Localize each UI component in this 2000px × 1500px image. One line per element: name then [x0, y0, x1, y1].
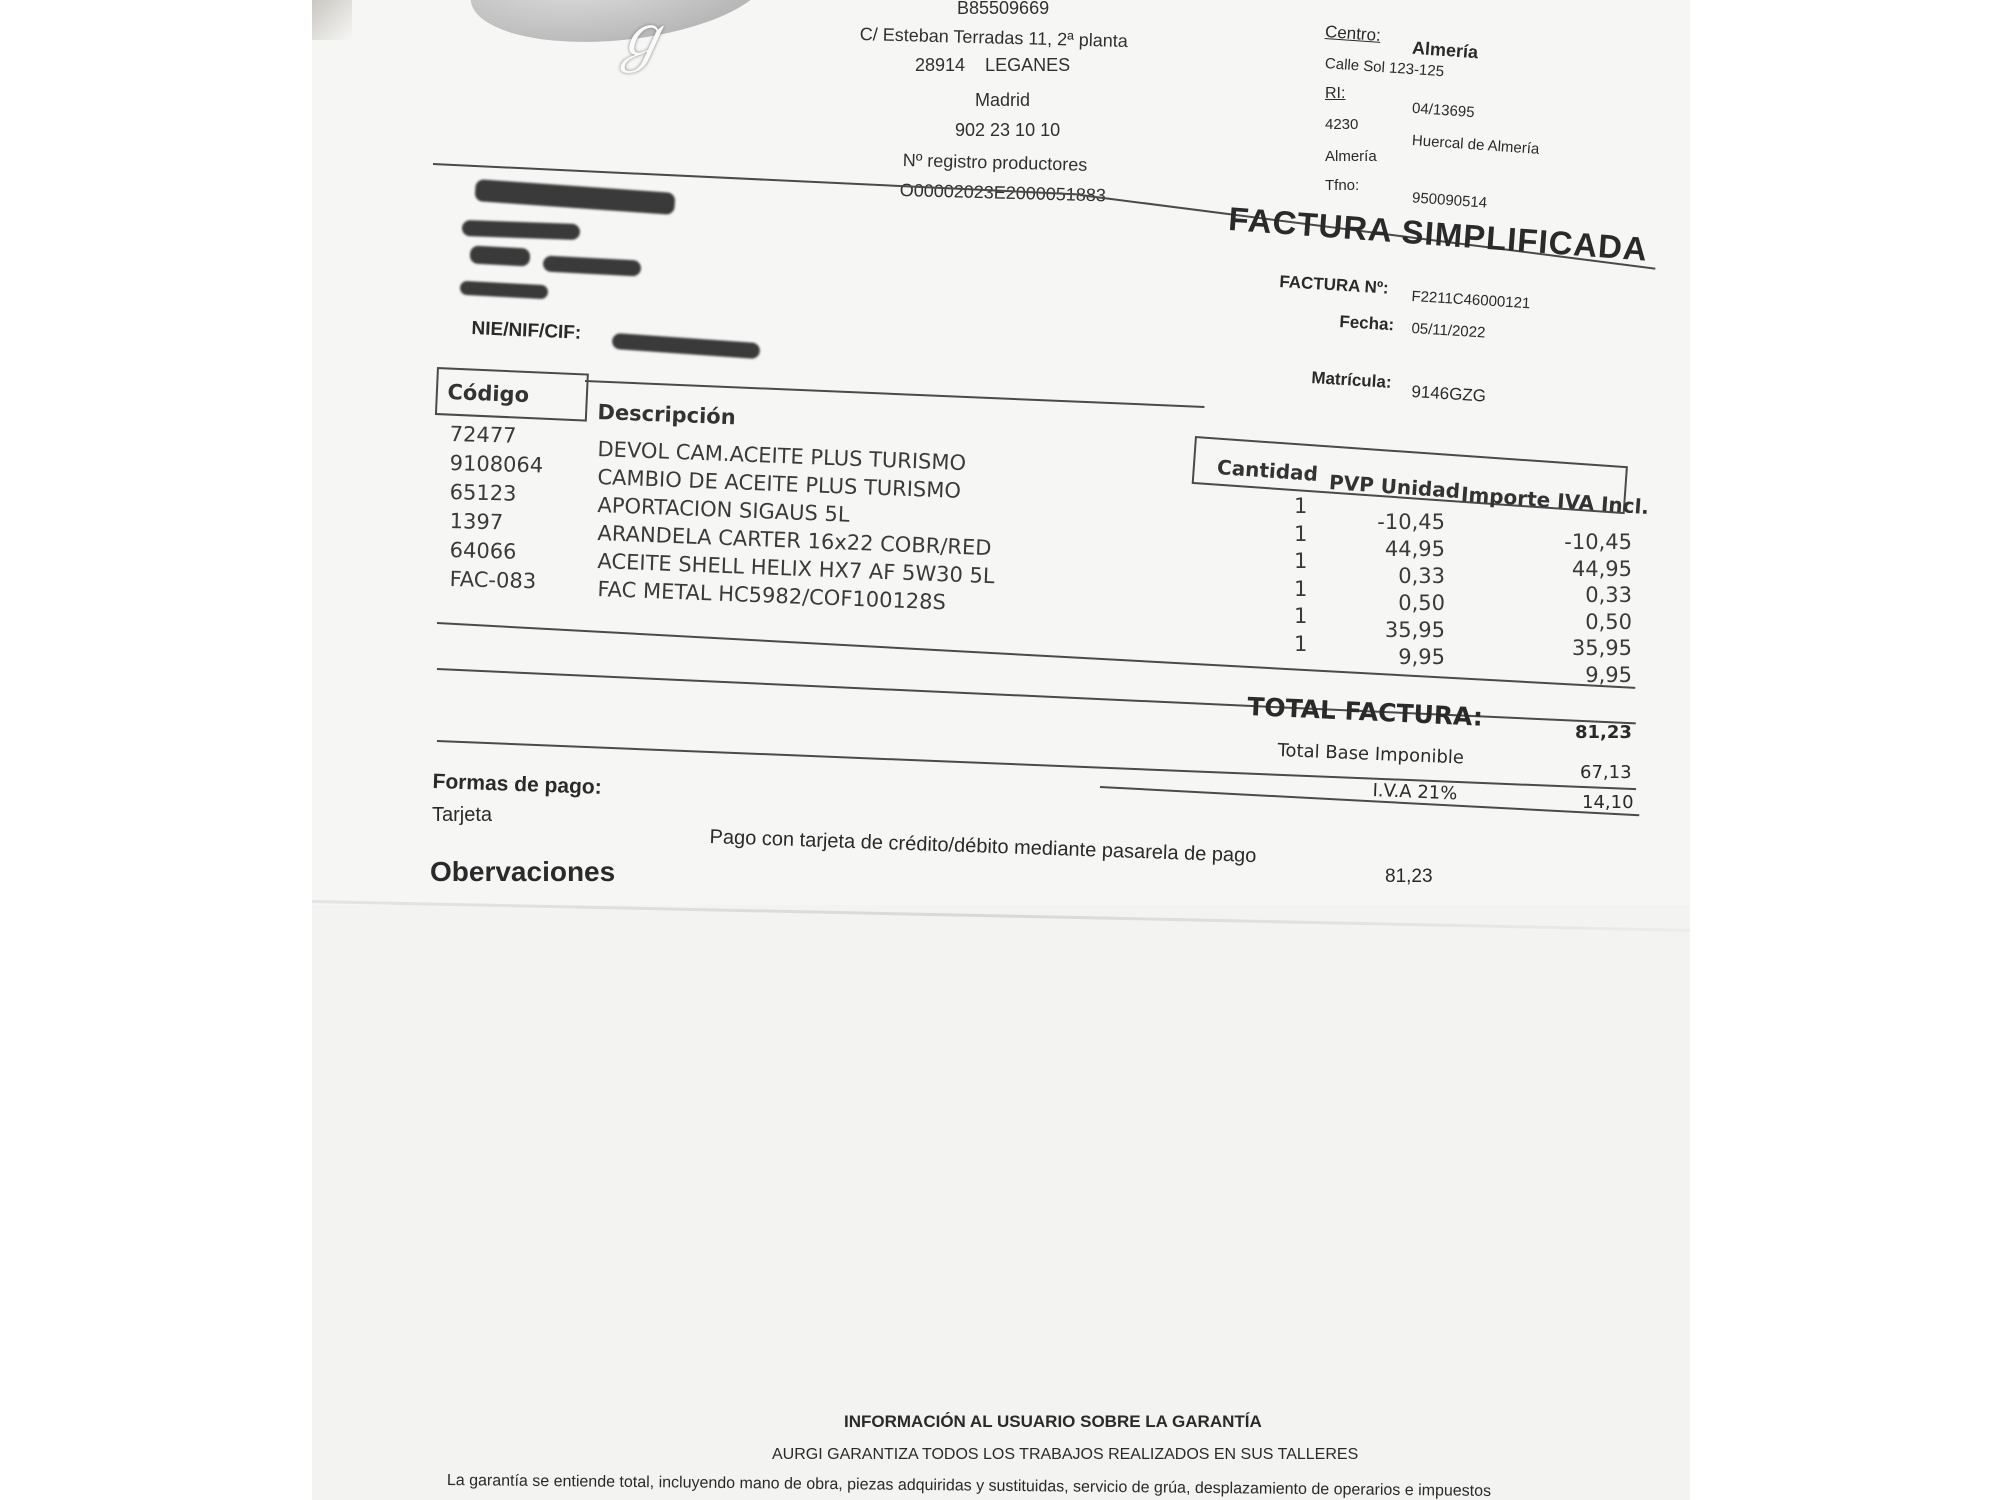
company-postal-city: 28914 LEGANES — [915, 55, 1070, 76]
centro-phone-label: Tfno: — [1325, 177, 1359, 194]
payment-method: Tarjeta — [432, 804, 492, 827]
item-amount: 44,95 — [1520, 557, 1632, 581]
item-amount: 0,50 — [1520, 610, 1632, 634]
centro-label: Centro: — [1324, 22, 1381, 46]
item-code: 9108064 — [449, 451, 543, 477]
invoice-date-label: Fecha: — [1339, 312, 1395, 335]
item-code: 1397 — [449, 509, 503, 534]
item-amount: 0,33 — [1520, 583, 1632, 607]
item-quantity: 1 — [1294, 632, 1307, 656]
item-code: 65123 — [449, 480, 516, 506]
item-unit-price: -10,45 — [1350, 510, 1445, 534]
ri-label: RI: — [1325, 85, 1345, 103]
company-cif: B85509669 — [957, 0, 1049, 19]
centro-name: Almería — [1411, 38, 1478, 64]
item-unit-price: 0,33 — [1350, 564, 1445, 588]
item-unit-price: 0,50 — [1350, 591, 1445, 615]
item-code: FAC-083 — [449, 567, 536, 593]
item-amount: -10,45 — [1520, 530, 1632, 554]
centro-province: Almería — [1325, 148, 1377, 165]
item-quantity: 1 — [1294, 577, 1307, 601]
item-code: 72477 — [449, 422, 516, 448]
item-unit-price: 35,95 — [1350, 618, 1445, 642]
company-province: Madrid — [975, 90, 1030, 111]
item-quantity: 1 — [1294, 494, 1307, 518]
logo-corner-decoration — [312, 0, 352, 40]
centro-postal-code: 4230 — [1325, 116, 1358, 133]
base-value: 67,13 — [1580, 762, 1632, 783]
warranty-title: INFORMACIÓN AL USUARIO SOBRE LA GARANTÍA — [844, 1412, 1262, 1432]
payment-amount: 81,23 — [1385, 866, 1433, 888]
company-phone: 902 23 10 10 — [955, 120, 1060, 141]
total-value: 81,23 — [1575, 722, 1632, 743]
invoice-paper-lower — [312, 905, 1690, 1500]
iva-value: 14,10 — [1582, 792, 1634, 813]
warranty-subtitle: AURGI GARANTIZA TODOS LOS TRABAJOS REALI… — [772, 1446, 1358, 1464]
logo-script-mark: ℊ — [610, 0, 670, 76]
item-unit-price: 44,95 — [1350, 537, 1445, 561]
item-quantity: 1 — [1294, 549, 1307, 573]
item-quantity: 1 — [1294, 604, 1307, 628]
customer-postal-redacted — [470, 245, 531, 266]
item-quantity: 1 — [1294, 522, 1307, 546]
table-header-code: Código — [447, 380, 529, 407]
item-code: 64066 — [449, 538, 516, 564]
item-unit-price: 9,95 — [1350, 645, 1445, 669]
observations-label: Obervaciones — [430, 856, 615, 888]
item-amount: 35,95 — [1520, 636, 1632, 660]
